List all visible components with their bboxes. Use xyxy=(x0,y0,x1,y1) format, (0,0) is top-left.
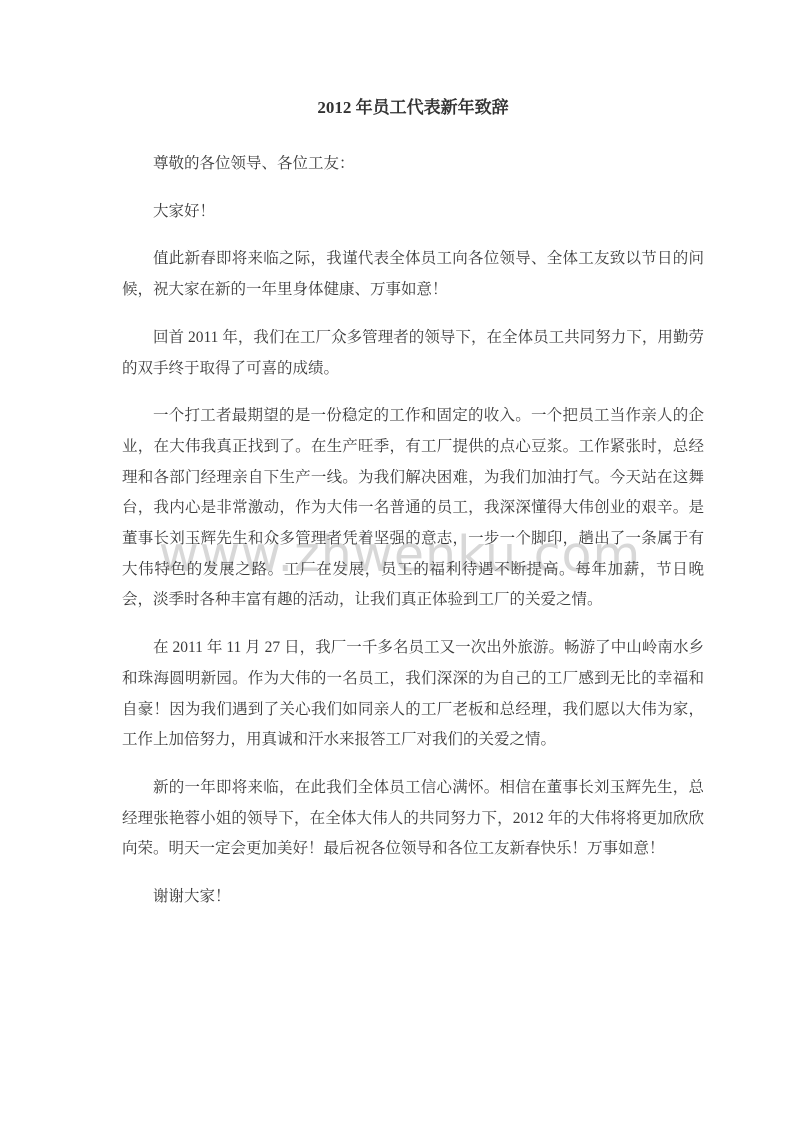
paragraph-factory-care: 一个打工者最期望的是一份稳定的工作和固定的收入。一个把员工当作亲人的企业，在大伟… xyxy=(122,401,704,616)
paragraph-new-year-outlook: 新的一年即将来临，在此我们全体员工信心满怀。相信在董事长刘玉辉先生，总经理张艳蓉… xyxy=(122,773,704,865)
paragraph-travel: 在 2011 年 11 月 27 日，我厂一千多名员工又一次出外旅游。畅游了中山… xyxy=(122,633,704,756)
closing-thanks: 谢谢大家！ xyxy=(122,882,704,913)
salutation: 尊敬的各位领导、各位工友： xyxy=(122,149,704,180)
document-page: www.zhwenku.com 2012 年员工代表新年致辞 尊敬的各位领导、各… xyxy=(0,0,800,1132)
document-title: 2012 年员工代表新年致辞 xyxy=(122,92,704,123)
paragraph-festival-wishes: 值此新春即将来临之际，我谨代表全体员工向各位领导、全体工友致以节日的问候，祝大家… xyxy=(122,244,704,305)
paragraph-review-2011: 回首 2011 年，我们在工厂众多管理者的领导下，在全体员工共同努力下，用勤劳的… xyxy=(122,323,704,384)
document-content: 2012 年员工代表新年致辞 尊敬的各位领导、各位工友： 大家好！ 值此新春即将… xyxy=(122,92,704,930)
greeting: 大家好！ xyxy=(122,197,704,228)
